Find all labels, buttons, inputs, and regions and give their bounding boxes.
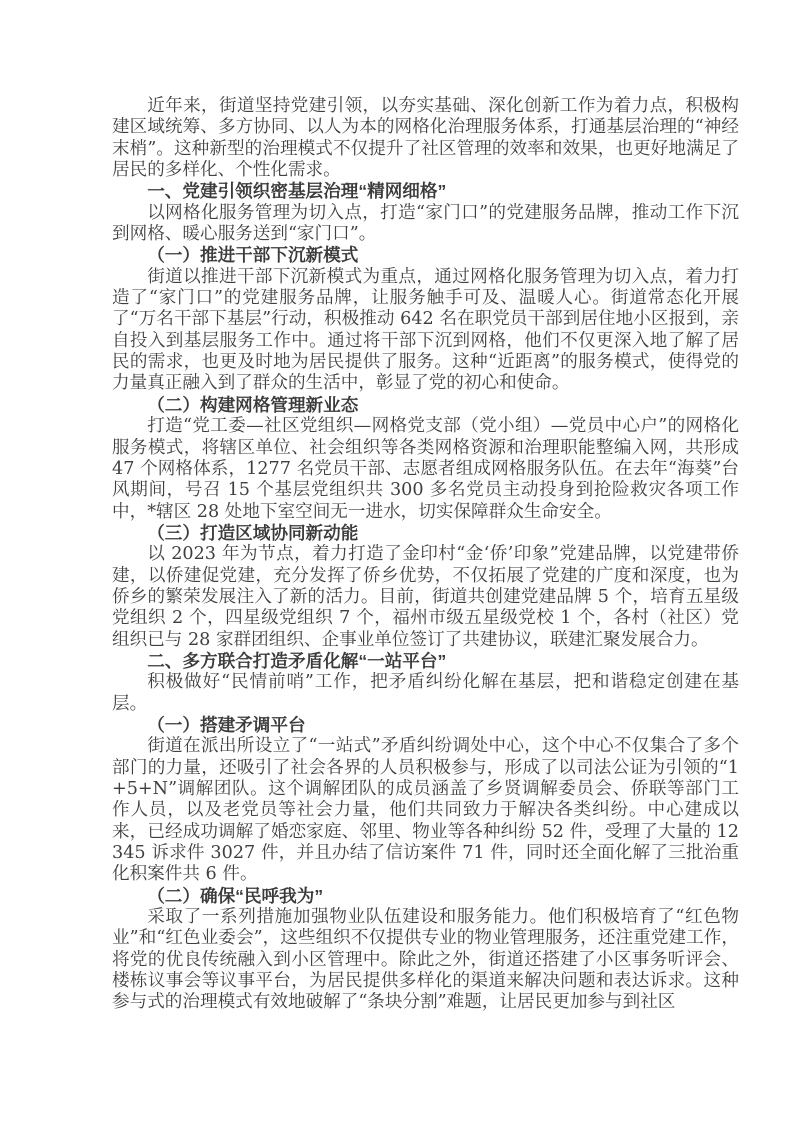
paragraph: 街道以推进干部下沉新模式为重点，通过网格化服务管理为切入点，着力打造了“家门口”… [112,267,739,395]
section-heading: 一、党建引领织密基层治理“精网细格” [112,181,739,202]
paragraph: 打造“党工委—社区党组织—网格党支部（党小组）—党员中心户”的网格化服务模式，将… [112,416,739,523]
section-heading: 二、多方联合打造矛盾化解“一站平台” [112,651,739,672]
subsection-heading: （二）确保“民呼我为” [112,886,739,907]
document-page: 近年来，街道坚持党建引领，以夯实基础、深化创新工作为着力点，积极构建区域统筹、多… [0,0,793,1122]
paragraph: 以网格化服务管理为切入点，打造“家门口”的党建服务品牌，推动工作下沉到网格、暖心… [112,203,739,246]
subsection-heading: （一）搭建矛调平台 [112,715,739,736]
paragraph: 近年来，街道坚持党建引领，以夯实基础、深化创新工作为着力点，积极构建区域统筹、多… [112,96,739,181]
paragraph: 以 2023 年为节点，着力打造了金印村“金‘侨’印象”党建品牌，以党建带侨建，… [112,544,739,651]
subsection-heading: （二）构建网格管理新业态 [112,395,739,416]
paragraph: 积极做好“民情前哨”工作，把矛盾纠纷化解在基层，把和谐稳定创建在基层。 [112,672,739,715]
paragraph: 采取了一系列措施加强物业队伍建设和服务能力。他们积极培育了“红色物业”和“红色业… [112,907,739,1014]
subsection-heading: （一）推进干部下沉新模式 [112,245,739,266]
paragraph: 街道在派出所设立了“一站式”矛盾纠纷调处中心，这个中心不仅集合了多个部门的力量，… [112,736,739,885]
document-body: 近年来，街道坚持党建引领，以夯实基础、深化创新工作为着力点，积极构建区域统筹、多… [112,96,739,1014]
subsection-heading: （三）打造区域协同新动能 [112,523,739,544]
